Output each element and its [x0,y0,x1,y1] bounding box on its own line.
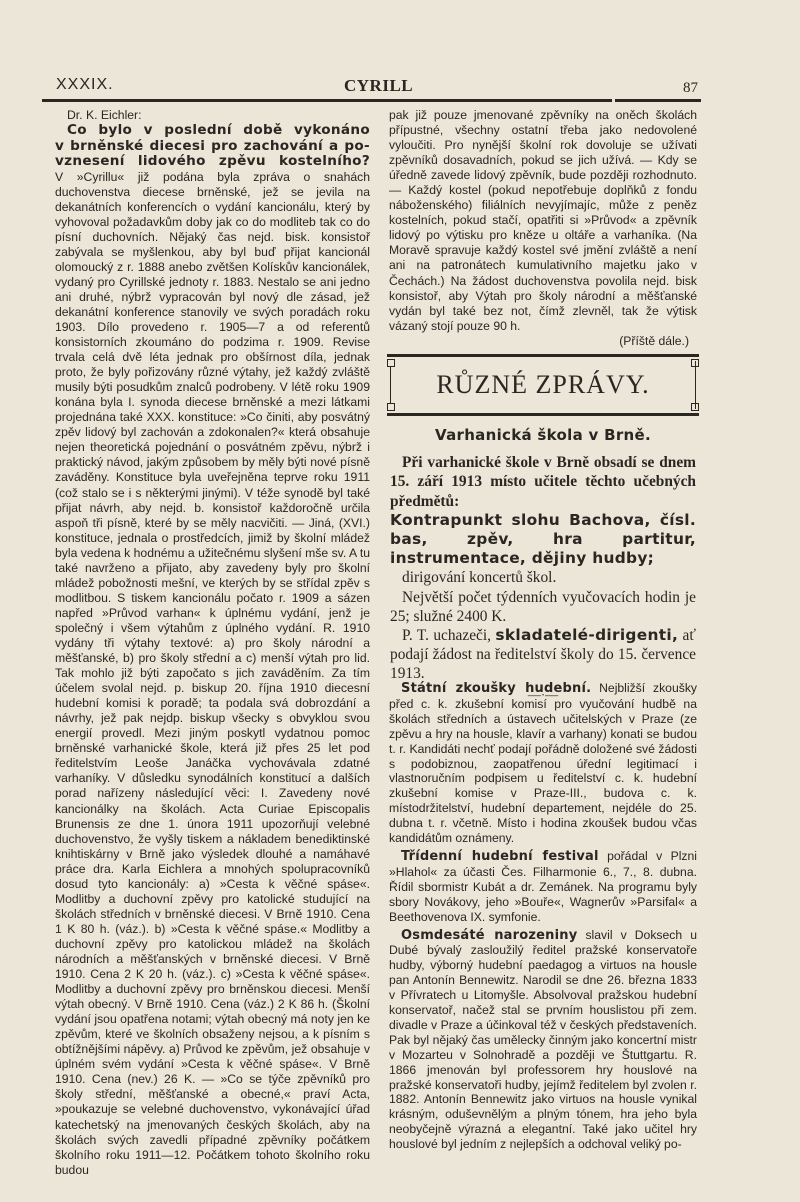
article-title-line: Co bylo v poslední době vykonáno [55,123,370,139]
article-title-line: v brněnské diecesi pro zachování a po- [55,139,370,155]
notice-heading: Varhanická škola v Brně. [390,426,696,445]
notice-subjects-tail: dirigování koncertů škol. [390,568,696,587]
notice-intro: Při varhanické škole v Brně obsadí se dn… [390,453,696,511]
corner-ornament-icon [387,359,395,367]
news-item: Osmdesáté narozeniny slavil v Doksech u … [389,928,697,1153]
article-title-line: vznesení lidového zpěvu kostelního? [55,154,370,170]
notice-applicants: P. T. uchazeči, skladatelé-dirigenti, ať… [390,626,696,684]
article-continuation: pak již pouze jmenované zpěvníky na oněc… [389,108,697,334]
article-author: Dr. K. Eichler: [55,108,370,123]
applicants-pre: P. T. uchazeči, [402,627,491,644]
news-item-lead: Státní zkoušky hudební. [401,681,591,696]
news-item-text: Nejbližší zkoušky před c. k. zkušební ko… [389,681,697,845]
news-item-lead: Osmdesáté narozeniny [401,928,577,943]
section-title: RŮZNÉ ZPRÁVY. [387,370,699,400]
notice-hours: Největší počet týdenních vyučovacích hod… [390,588,696,626]
news-item: Státní zkoušky hudební. Nejbližší zkoušk… [389,681,697,846]
header-rule [42,99,612,102]
news-item: Třídenní hudební festival pořádal v Plzn… [389,849,697,925]
to-be-continued: (Příště dále.) [389,334,697,349]
news-item-text: slavil v Doksech u Dubé bývalý zasloužil… [389,928,697,1152]
section-rubric-box: RŮZNÉ ZPRÁVY. [387,354,699,416]
notice-subjects: Kontrapunkt slohu Bachova, čísl. bas, zp… [390,511,696,569]
journal-title: CYRILL [344,76,413,96]
article-body: V »Cyrillu« již podána byla zpráva o sna… [55,170,370,1178]
news-item-lead: Třídenní hudební festival [401,849,599,864]
volume-number: XXXIX. [56,76,114,94]
corner-ornament-icon [691,359,699,367]
right-column-top: pak již pouze jmenované zpěvníky na oněc… [389,108,697,349]
header-rule-short [615,99,701,102]
running-header: XXXIX. CYRILL 87 [42,76,698,100]
notice-organ-school: Varhanická škola v Brně. Při varhanické … [390,426,696,701]
news-items: Státní zkoušky hudební. Nejbližší zkoušk… [389,681,697,1155]
page-number: 87 [683,80,698,97]
left-column: Dr. K. Eichler: Co bylo v poslední době … [55,108,370,1178]
applicants-bold: skladatelé-dirigenti, [495,626,678,644]
corner-ornament-icon [691,403,699,411]
corner-ornament-icon [387,403,395,411]
